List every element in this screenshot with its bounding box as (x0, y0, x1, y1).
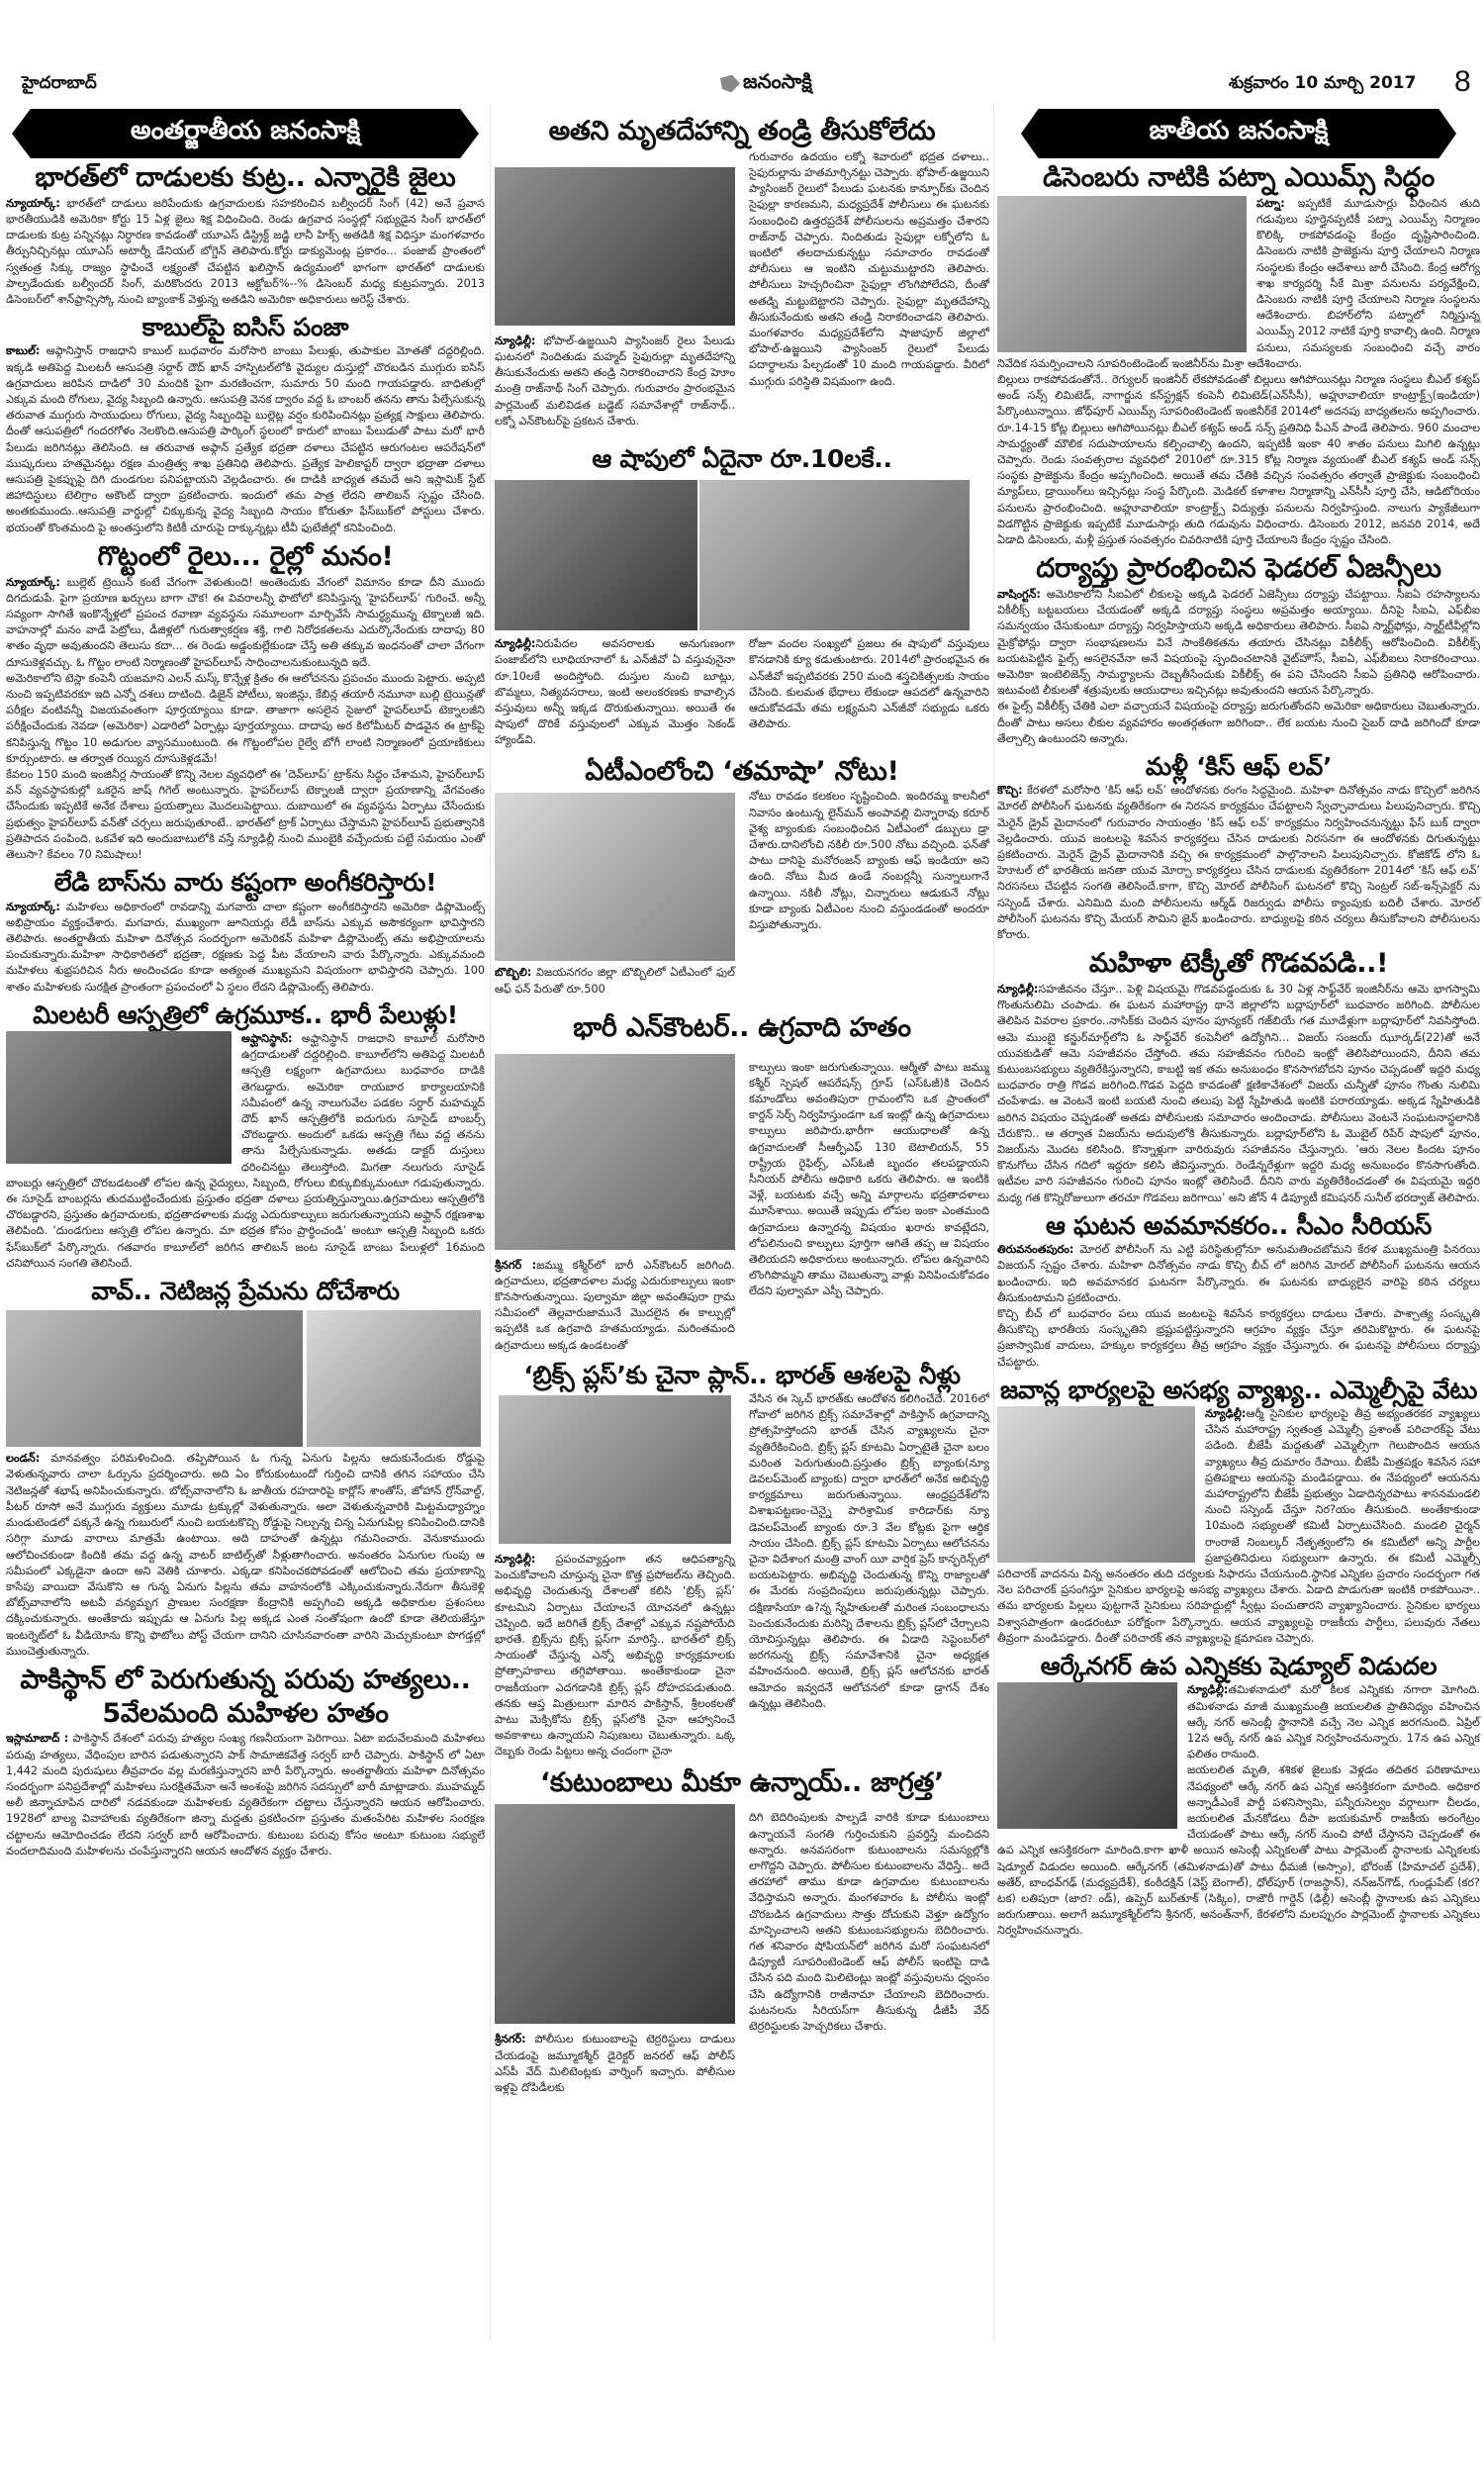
article-body: సహజీవనం చేస్తూ.. పెళ్లి విషయమై గొడవపడ్డం… (997, 983, 1480, 1204)
dateline: పట్నా: (1256, 197, 1285, 210)
article-body: బుల్లెట్‌ ట్రెయిన్‌ కంటే వేగంగా వెళుతుంద… (6, 576, 485, 669)
article-headline: అతని మృతదేహాన్ని తండ్రి తీసుకోలేదు (495, 115, 989, 148)
article-body: మానవత్వం పరిమళించింది. తప్పిపోయిన ఓ గున్… (6, 1452, 485, 1657)
dateline: కాబుల్‌: (6, 344, 40, 357)
jayalalitha-portrait-photo (997, 1682, 1177, 1829)
article-nri-jailed: భారత్‌లో దాడులకు కుట్ర.. ఎన్నారైకి జైలు … (6, 161, 485, 308)
national-news-column: జాతీయ జనంసాక్షి డిసెంబరు నాటికి పట్నా ఎయ… (997, 109, 1480, 1944)
police-officer-photo (495, 1804, 735, 2024)
article-body: విజయనగరం జిల్లా బొబ్బిలిలో ఏటీఎంలో ఫుల్‌… (495, 966, 735, 995)
article-woman-techie: మహిళా టెక్కీతో గొడవపడి..! న్యూఢిల్లీ:సహజ… (997, 947, 1480, 1206)
article-headline: భారత్‌లో దాడులకు కుట్ర.. ఎన్నారైకి జైలు (6, 161, 485, 195)
dateline: న్యూఢిల్లీ: (1187, 1683, 1228, 1696)
article-mlc-suspended: జవాన్ల భార్యలపై అసభ్య వ్యాఖ్య.. ఎమ్మెల్స… (997, 1375, 1480, 1647)
article-body: భారత్‌లో దాడులు జరిపేందుకు ఉగ్రవాదులకు స… (6, 197, 485, 306)
article-body: నోటు రావడం కలకలం సృష్టించింది. ఇందిరమ్మ … (749, 789, 989, 933)
article-hyperloop: గొట్టంలో రైలు... రైల్లో మనం! న్యూయార్క్‌… (6, 540, 485, 863)
dateline: న్యూఢిల్లీ: (495, 1553, 535, 1566)
article-body: జమ్ము కశ్మీర్‌లో భారీ ఎన్‌కౌంటర్‌ జరిగిం… (495, 1259, 735, 1352)
column-divider (490, 104, 491, 2340)
article-headline: కాబుల్‌పై ఐసిస్‌ పంజా (6, 312, 485, 342)
article-headline: మహిళా టెక్కీతో గొడవపడి..! (997, 947, 1480, 981)
article-patna-aiims: డిసెంబరు నాటికి పట్నా ఎయిమ్స్‌ సిద్ధం పట… (997, 161, 1480, 548)
mlc-portrait-photo (997, 1406, 1195, 1563)
article-kiss-of-love: మళ్లీ ‘కిస్‌ ఆఫ్‌ లవ్‌’ కొచ్చి: కేరళలో మ… (997, 751, 1480, 943)
article-rs10-shop: ఆ షాపులో ఏదైనా రూ.10లకే.. న్యూఢిల్లీ:నిర… (495, 443, 989, 749)
article-cm-serious: ఆ ఘటన అవమానకరం.. సీఎం సీరియస్‌ తిరువనంతప… (997, 1210, 1480, 1371)
article-baby-elephant: వావ్‌.. నెటిజన్ల ప్రేమను దోచేశారు లండన్‌… (6, 1276, 485, 1660)
newspaper-logo: జనంసాక్షి (720, 69, 812, 98)
article-isis-kabul: కాబుల్‌పై ఐసిస్‌ పంజా కాబుల్‌: అఫ్గానిస్… (6, 312, 485, 536)
article-body: రోజూ వందల సంఖ్యలో ప్రజలు ఈ షాపులో వస్తువ… (749, 636, 989, 732)
dateline: బొబ్బిలి: (495, 966, 531, 979)
article-body: దిగి బెదిరింపులకు పాల్పడే వారికి కూడా కు… (749, 1810, 989, 2035)
article-federal-agencies: దర్యాప్తు ప్రారంభించిన ఫెడరల్‌ ఏజన్సీలు … (997, 552, 1480, 747)
article-brics-plus: ‘బ్రిక్స్‌ ప్లస్‌’కు చైనా ప్లాన్‌.. భారత… (495, 1360, 989, 1761)
article-headline: గొట్టంలో రైలు... రైల్లో మనం! (6, 540, 485, 574)
dateline: న్యూఢిల్లీ: (495, 334, 535, 347)
article-headline: మళ్లీ ‘కిస్‌ ఆఫ్‌ లవ్‌’ (997, 751, 1480, 782)
article-body: అఫ్గానిస్తాన్‌ రాజధాని కాబుల్‌ బుధవారం మ… (6, 344, 485, 533)
logo-text: జనంసాక్షి (743, 69, 812, 98)
dateline: న్యూయార్క్‌: (6, 576, 60, 589)
article-body: పోలీసుల కుటుంబాలపై టెర్రరిస్టులు దాడులు … (495, 2033, 735, 2094)
article-lady-boss: లేడి బాస్‌ను వారు కష్టంగా అంగీకరిస్తారు!… (6, 867, 485, 995)
article-headline: లేడి బాస్‌ను వారు కష్టంగా అంగీకరిస్తారు! (6, 867, 485, 898)
shop-customers-photo (699, 480, 970, 630)
telangana-map-icon (720, 75, 740, 93)
officials-walking-photo (997, 196, 1247, 352)
article-headline: డిసెంబరు నాటికి పట్నా ఎయిమ్స్‌ సిద్ధం (997, 161, 1480, 195)
article-body: కాల్పులు ఇంకా జరుగుతున్నాయి. ఆర్మీతో పాట… (749, 1060, 989, 1300)
page-number: 8 (1454, 65, 1471, 99)
dateline: శ్రీనగర్‌ : (495, 1259, 536, 1272)
baby-elephant-drinking-photo (6, 1310, 303, 1447)
article-headline: ఆర్కేనగర్‌ ఉప ఎన్నికకు షెడ్యూల్‌ విడుదల (997, 1651, 1480, 1681)
article-body: కొచ్చి బీచ్‌ లో బుధవారం పలు యువ జంటలపై శ… (997, 1306, 1480, 1371)
article-body: నిరుపేదల అవసరాలకు అనుగుణంగా పంజాబ్‌లోని … (495, 637, 735, 746)
dateline: కొచ్చి: (997, 784, 1023, 797)
dateline: అఫ్ఘానిస్థాన్‌: (241, 1032, 292, 1045)
dateline: న్యూఢిల్లీ: (495, 637, 535, 650)
baby-elephant-photo (307, 1310, 481, 1447)
fake-500-note-photo (495, 793, 735, 961)
issue-date: శుక్రవారం 10 మార్చి 2017 (1229, 73, 1416, 97)
article-families-warning: ‘కుటుంబాలు మీకూ ఉన్నాయ్‌.. జాగ్రత్త’ శ్ర… (495, 1766, 989, 2097)
article-military-hospital: మిలటరీ ఆస్పత్రిలో ఉగ్రమూక.. భారీ పేలుళ్ల… (6, 1000, 485, 1272)
column-divider (993, 104, 994, 2340)
section-banner-national: జాతీయ జనంసాక్షి (1021, 109, 1456, 158)
article-rk-nagar-bypoll: ఆర్కేనగర్‌ ఉప ఎన్నికకు షెడ్యూల్‌ విడుదల … (997, 1651, 1480, 1940)
article-body: పాకిస్థాన్‌ దేశంలో పరువు హత్యల సంఖ్య గణన… (6, 1732, 485, 1856)
dateline: ఇస్లామాబాద్‌ : (6, 1732, 68, 1745)
dateline: లండన్‌: (6, 1452, 40, 1465)
article-body: ఈ ఫైల్స్‌ వికీలీక్స్‌ చేతికి ఎలా వచ్చాయన… (997, 699, 1480, 747)
article-headline: ఏటీఎంలోంచి ‘తమాషా’ నోటు! (495, 755, 989, 789)
dateline: న్యూఢిల్లీ: (997, 983, 1038, 996)
article-headline: ఆ షాపులో ఏదైనా రూ.10లకే.. (495, 443, 989, 474)
article-father-refuses-body: అతని మృతదేహాన్ని తండ్రి తీసుకోలేదు న్యూఢ… (495, 115, 989, 429)
article-fake-note: ఏటీఎంలోంచి ‘తమాషా’ నోటు! బొబ్బిలి: విజయన… (495, 755, 989, 998)
article-headline: ‘బ్రిక్స్‌ ప్లస్‌’కు చైనా ప్లాన్‌.. భారత… (495, 1360, 989, 1390)
dateline: వాషింగ్టన్‌: (997, 588, 1041, 601)
article-body: కేవలం 150 మంది ఇంజినీర్ల సాయంతో కొన్ని న… (6, 767, 485, 863)
photo-row (6, 1310, 485, 1447)
article-headline: మిలటరీ ఆస్పత్రిలో ఉగ్రమూక.. భారీ పేలుళ్ల… (6, 1000, 485, 1030)
article-body: గురువారం ఉదయం లక్నో శివారులో భద్రత దళాలు… (749, 149, 989, 390)
international-news-column: అంతర్జాతీయ జనంసాక్షి భారత్‌లో దాడులకు కు… (6, 109, 485, 1863)
article-encounter: భారీ ఎన్‌కౌంటర్‌.. ఉగ్రవాది హతం శ్రీనగర్… (495, 1011, 989, 1354)
article-headline: భారీ ఎన్‌కౌంటర్‌.. ఉగ్రవాది హతం (495, 1011, 989, 1045)
photo-row (495, 480, 989, 630)
article-body: బిల్లులు రాకపోవడంతోనే.. రెగ్యులర్‌ ఇంజిన… (997, 372, 1480, 548)
article-body: కేరళలో మరోసారి ‘కిస్‌ ఆఫ్‌ లవ్‌’ ఆందోళనక… (997, 784, 1480, 941)
article-body: తమిళనాడులో మరో కీలక ఎన్నికకు నగారా మోగిం… (1187, 1683, 1480, 1761)
masthead: హైదరాబాద్ జనంసాక్షి శుక్రవారం 10 మార్చి … (0, 65, 1484, 109)
article-body: వేసిన ఈ స్కెచ్‌ భారత్‌కు ఆందోళన కలిగించే… (749, 1391, 989, 1712)
dateline: న్యూయార్క్‌: (6, 197, 60, 210)
article-body: అమెరికాలోని టెస్లా కంపెనీ యజమాని ఎలన్‌ మ… (6, 671, 485, 767)
article-body: అమెరికాలోని సీఐఏలో లీకులపై అక్కడి ఫెడరల్… (997, 588, 1480, 697)
soldier-photo (495, 1054, 735, 1250)
soldiers-street-photo (6, 1031, 232, 1164)
article-headline: జవాన్ల భార్యలపై అసభ్య వ్యాఖ్య.. ఎమ్మెల్స… (997, 1375, 1480, 1405)
dateline: శ్రీనగర్‌: (495, 2033, 526, 2046)
article-headline: దర్యాప్తు ప్రారంభించిన ఫెడరల్‌ ఏజన్సీలు (997, 552, 1480, 586)
section-banner-international: అంతర్జాతీయ జనంసాక్షి (12, 109, 479, 158)
article-headline: ఆ ఘటన అవమానకరం.. సీఎం సీరియస్‌ (997, 1210, 1480, 1241)
article-body: భోపాల్‌-ఉజ్జయిని ప్యాసింజర్‌ రైలు పేలుడు… (495, 334, 735, 428)
china-flag-photo (499, 1395, 731, 1544)
dateline: తిరువనంతపురం: (997, 1243, 1073, 1256)
article-body: ప్రపంచవ్యాప్తంగా తన ఆధిపత్యాన్ని పెంచుకో… (495, 1553, 735, 1758)
article-headline: ‘కుటుంబాలు మీకూ ఉన్నాయ్‌.. జాగ్రత్త’ (495, 1766, 989, 1800)
main-news-column: అతని మృతదేహాన్ని తండ్రి తీసుకోలేదు న్యూఢ… (495, 109, 989, 2100)
article-honor-killings: పాకిస్థాన్‌ లో పెరుగుతున్న పరువు హత్యలు.… (6, 1664, 485, 1859)
shop-crowd-photo (495, 480, 697, 630)
dateline: న్యూయార్క్‌: (6, 901, 60, 913)
dateline: న్యూఢిల్లీ: (1205, 1407, 1246, 1420)
article-body: మహిళలు అధికారంలో రావడాన్ని మగవారు చాలా క… (6, 901, 485, 994)
commandos-photo (495, 167, 735, 326)
city-name: హైదరాబాద్ (22, 73, 97, 97)
article-headline: వావ్‌.. నెటిజన్ల ప్రేమను దోచేశారు (6, 1276, 485, 1306)
article-headline: పాకిస్థాన్‌ లో పెరుగుతున్న పరువు హత్యలు.… (6, 1664, 485, 1731)
